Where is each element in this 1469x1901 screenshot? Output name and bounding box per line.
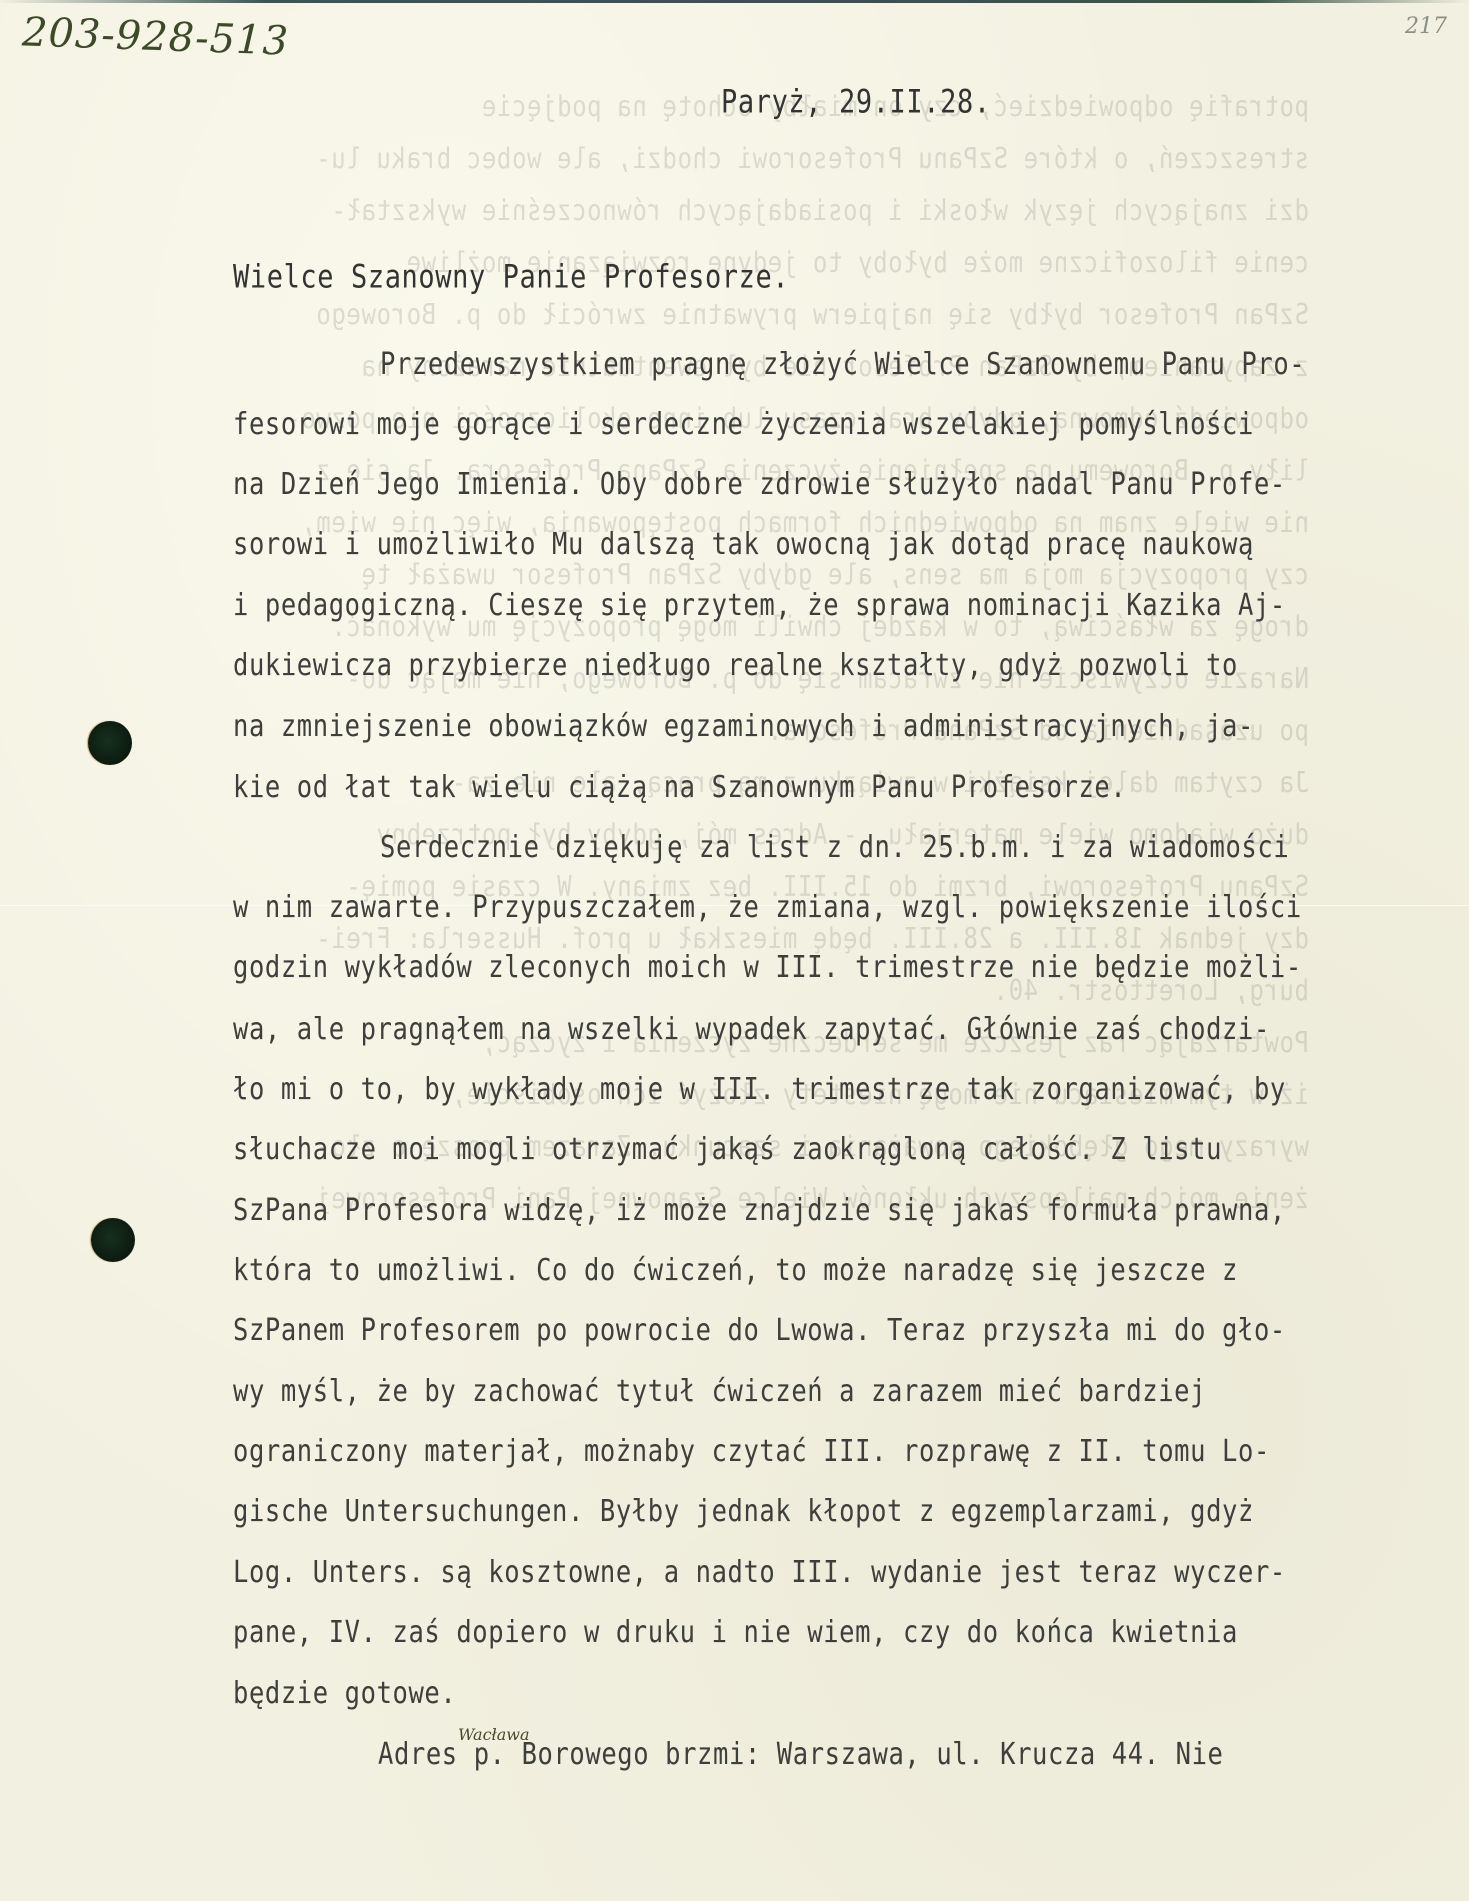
punch-hole <box>88 721 132 765</box>
text-line: kie od łat tak wielu ciążą na Szanownym … <box>233 770 1126 805</box>
dateline: Paryż, 29.II.28. <box>721 84 991 121</box>
scan-top-edge <box>0 0 1469 3</box>
letter-page: potrafię odpowiedzieć, czy on miałby och… <box>0 0 1469 1901</box>
text-line: fesorowi moje gorące i serdeczne życzeni… <box>233 407 1254 442</box>
text-line: wa, ale pragnąłem na wszelki wypadek zap… <box>233 1012 1270 1047</box>
page-number-annotation: 217 <box>1405 14 1447 39</box>
text-line: będzie gotowe. <box>233 1676 456 1711</box>
text-line: w nim zawarte. Przypuszczałem, że zmiana… <box>233 890 1302 925</box>
bleed-line: dzi znających język włoski i posiadający… <box>331 194 1309 227</box>
text-line: na Dzień Jego Imienia. Oby dobre zdrowie… <box>233 467 1286 502</box>
bleed-line: SzPan Profesor byłby się najpierw prywat… <box>316 298 1309 331</box>
text-line: SzPanem Profesorem po powrocie do Lwowa.… <box>233 1313 1286 1348</box>
text-line: Adres p. Borowego brzmi: Warszawa, ul. K… <box>378 1737 1223 1772</box>
punch-hole <box>91 1218 135 1262</box>
text-line: dukiewicza przybierze niedługo realne ks… <box>233 648 1238 683</box>
text-line: sorowi i umożliwiło Mu dalszą tak owocną… <box>233 527 1254 562</box>
salutation: Wielce Szanowny Panie Profesorze. <box>233 259 789 296</box>
text-line: Log. Unters. są kosztowne, a nadto III. … <box>233 1555 1286 1590</box>
text-line: gische Untersuchungen. Byłby jednak kłop… <box>233 1494 1254 1529</box>
text-line: SzPana Profesora widzę, iż może znajdzie… <box>233 1193 1286 1228</box>
text-line: ograniczony materjał, możnaby czytać III… <box>233 1434 1270 1469</box>
bleed-line: streszczeń, o które SzPanu Profesorowi c… <box>316 142 1309 175</box>
text-line: Serdecznie dziękuję za list z dn. 25.b.m… <box>380 830 1289 865</box>
text-line: wy myśl, że by zachować tytuł ćwiczeń a … <box>233 1374 1206 1409</box>
text-line: godzin wykładów zleconych moich w III. t… <box>233 950 1302 985</box>
text-line: na zmniejszenie obowiązków egzaminowych … <box>233 709 1254 744</box>
bleed-line: czy propozycja moja ma sens, ale gdyby S… <box>361 558 1309 591</box>
text-line: słuchacze moi mogli otrzymać jakąś zaokr… <box>233 1132 1222 1167</box>
text-line: Przedewszystkiem pragnę złożyć Wielce Sz… <box>380 347 1305 382</box>
text-line: pane, IV. zaś dopiero w druku i nie wiem… <box>233 1615 1238 1650</box>
text-line: i pedagogiczną. Cieszę się przytem, że s… <box>233 588 1286 623</box>
text-line: ło mi o to, by wykłady moje w III. trime… <box>233 1072 1286 1107</box>
text-line: która to umożliwi. Co do ćwiczeń, to moż… <box>233 1253 1238 1288</box>
archive-number-annotation: 203-928-513 <box>21 9 290 64</box>
